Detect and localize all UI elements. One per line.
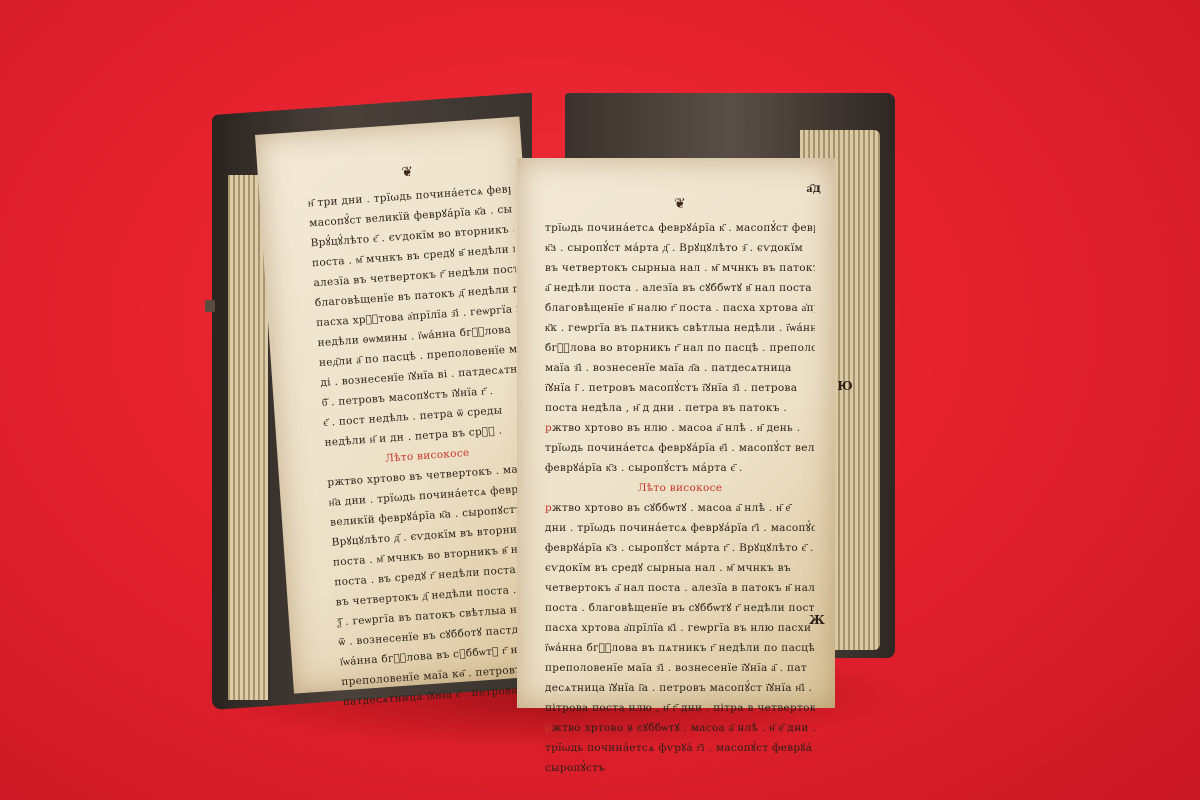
right-page-text-after: ржтво хртово въ сꙋббѡтꙋ . масоа а҃ нлѣ .… xyxy=(545,498,815,778)
margin-mark: Ж xyxy=(809,610,825,630)
left-page: ❦ н҃ три дни . трїωдь почина́етсѧ феврꙋа… xyxy=(255,117,558,694)
left-page-text-after: ржтво хртово въ четвертокъ . масоа н҃ на… xyxy=(327,459,546,713)
text-line: ї҆ѡа́нна бгⷭ҇лова въ пѧтникъ г҃ недѣли п… xyxy=(545,638,815,658)
right-page-heading: Лѣто високосе xyxy=(545,478,815,498)
text-line: бгⷭ҇лова во вторникъ г҃ нал по пасцѣ . п… xyxy=(545,338,815,358)
text-line: трїωдь почина́етсѧ феврꙋа́рїа е҃і . масо… xyxy=(545,438,815,458)
text-line: а҃ недѣли поста . алезїа въ сꙋббѡтꙋ в҃ н… xyxy=(545,278,815,298)
margin-mark: Ю xyxy=(837,376,853,396)
text-line: маїа з҃і . вознесенїе маїа л҃а . патдесѧ… xyxy=(545,358,815,378)
right-page: а҃д ❦ трїωдь почина́етсѧ феврꙋа́рїа к҃ .… xyxy=(517,158,835,708)
text-line: дни . трїωдь почина́етсѧ феврꙋа́рїа г҃і … xyxy=(545,518,815,538)
text-line: ржтво хртово въ сꙋббѡтꙋ . масоа а҃ нлѣ .… xyxy=(545,498,815,518)
text-line: к҃з . сыропꙋ́ст ма́рта д҃ . Врꙋцꙋлѣто з҃… xyxy=(545,238,815,258)
text-line: поста недѣла , н҃ д дни . петра въ паток… xyxy=(545,398,815,418)
ornament-icon: ❦ xyxy=(545,194,815,214)
text-line: сыропꙋ́стъ xyxy=(545,758,815,778)
text-line: єѵдокїм въ средꙋ сырныа нал . м҃ мчнкъ в… xyxy=(545,558,815,578)
text-line: десѧтница ї҆ꙋнїа і҃а . петровъ масопꙋ́ст… xyxy=(545,678,815,698)
text-line: поста . благовѣщенїе въ сꙋббѡтꙋ г҃ недѣл… xyxy=(545,598,815,618)
text-line: ржтво хртово в сꙋббѡтꙋ . масоа а҃ нлѣ . … xyxy=(545,718,815,738)
text-line: четвертокъ а҃ нал поста . алезїа в паток… xyxy=(545,578,815,598)
text-line: к҃к . геѡргїа въ пѧтникъ свѣтлыа недѣли … xyxy=(545,318,815,338)
right-page-text: трїωдь почина́етсѧ феврꙋа́рїа к҃ . масоп… xyxy=(545,218,815,478)
text-line: благовѣщенїе в҃ налю г҃ поста . пасха хр… xyxy=(545,298,815,318)
text-line: феврꙋа́рїа к҃з . сыропꙋ́стъ ма́рта є҃ . xyxy=(545,458,815,478)
clasp-pin xyxy=(205,300,215,312)
text-line: ржтво хртово въ нлю . масоа а҃ нлѣ . н҃ … xyxy=(545,418,815,438)
text-line: трїωдь почина́етсѧ фѵрꙋа́ г҃і . масопꙋ́с… xyxy=(545,738,815,758)
text-line: пасха хртова а҆прїлїа к҃і . геѡргїа въ н… xyxy=(545,618,815,638)
text-line: феврꙋа́рїа к҃з . сыропꙋ́ст ма́рта г҃ . В… xyxy=(545,538,815,558)
text-line: въ четвертокъ сырныа нал . м҃ мчнкъ въ п… xyxy=(545,258,815,278)
text-line: трїωдь почина́етсѧ феврꙋа́рїа к҃ . масоп… xyxy=(545,218,815,238)
text-line: пітрова поста нлю , н҃ г҃ дни . пітра в … xyxy=(545,698,815,718)
folio-number: а҃д xyxy=(806,178,821,198)
left-page-text: н҃ три дни . трїωдь почина́етсѧ феврꙋа́р… xyxy=(307,179,528,453)
text-line: ї҆ꙋнїа і҃ . петровъ масопꙋ́стъ ї҆ꙋнїа з҃… xyxy=(545,378,815,398)
page-stack-left xyxy=(228,175,268,700)
text-line: преполовенїе маїа з҃і . вознесенїе ї҆ꙋнї… xyxy=(545,658,815,678)
